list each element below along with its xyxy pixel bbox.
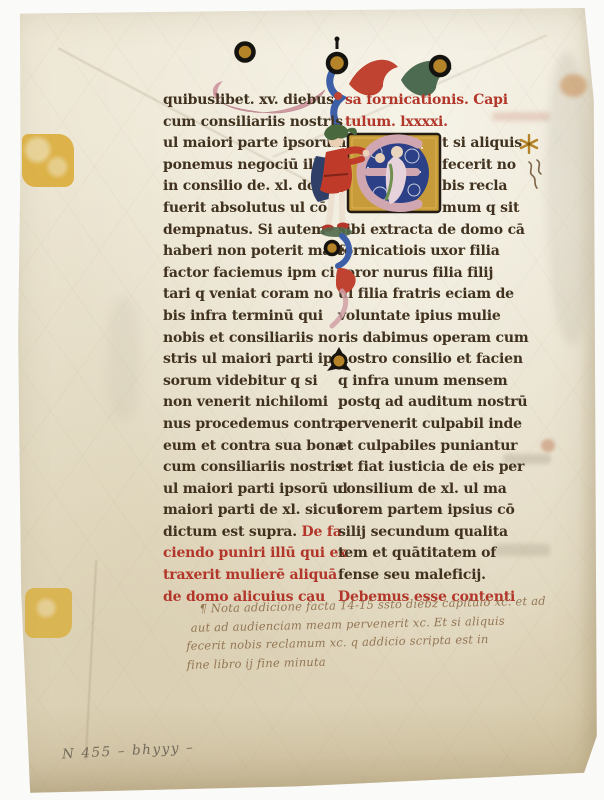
text-line: ul filia fratris eciam de [338,284,534,306]
text-line: cum consiliariis nostris [163,112,335,134]
text-line: tari q veniat coram no [163,284,335,306]
text-line: nus procedemus contra [163,414,335,436]
text-line: mum q sit [338,198,534,220]
text-line: non venerit nichilomi [163,392,335,414]
text-line: quibuslibet. xv. diebus [163,90,335,112]
text-line: fense seu maleficij. [338,565,534,587]
text-line: haberi non poterit male [163,241,335,263]
show-through-ornament [560,74,587,97]
text-line: ciendo puniri illū qui ex [163,543,335,565]
text-line: sa fornicationis. Capi [338,90,534,112]
text-line: fuerit absolutus ul cō [163,198,335,220]
text-line: sibi extracta de domo cā [338,220,534,242]
text-line: traxerit mulierē aliquā [163,565,335,587]
show-through-left [108,298,140,420]
text-line: maiori parti de xl. sicut [163,500,335,522]
show-through-dot [541,439,555,452]
text-line: factor faciemus ipm ci [163,263,335,285]
text-line: t si aliquis [338,133,534,155]
gold-bezant [328,37,346,73]
text-line: fornicatiois uxor filia [338,241,534,263]
text-line: tem et quātitatem of [338,543,534,565]
text-line: ponemus negociū illud [163,155,335,177]
text-line: tulum. lxxxxi. [338,112,534,134]
text-line: eum et contra sua bona [163,436,335,458]
text-line: pervenerit culpabil inde [338,414,534,436]
adhesive-stain-lower [25,588,72,638]
gold-bezant [431,57,449,75]
text-line: nobis et consiliariis no [163,328,335,350]
text-line: bis recla [338,176,534,198]
adhesive-stain-upper [22,134,74,187]
text-line: soror nurus filia filij [338,263,534,285]
text-line: silij secundum qualita [338,522,534,544]
text-line: q infra unum mensem [338,371,534,393]
text-line: consilium de xl. ul ma [338,479,534,501]
text-line: ul maiori parte ipsorum [163,133,335,155]
text-column-left: quibuslibet. xv. diebuscum consiliariis … [163,90,335,608]
text-line: postq ad auditum nostrū [338,392,534,414]
show-through-flourish [546,52,590,344]
pencil-inscription: N 455 – bhyyy – [62,740,195,763]
crease-line [85,560,97,760]
parchment-leaf: quibuslibet. xv. diebuscum consiliariis … [0,0,604,800]
text-line: voluntate ipius mulie [338,306,534,328]
text-line: et fiat iusticia de eis per [338,457,534,479]
text-line: in consilio de. xl. donec [163,176,335,198]
text-line: bis infra terminū qui [163,306,335,328]
text-line: ul maiori parti ipsorū ul [163,479,335,501]
right-edge-shading [578,0,604,800]
text-line: fecerit no [338,155,534,177]
text-line: ris dabimus operam cum [338,328,534,350]
text-line: cum consiliariis nostris [163,457,335,479]
text-line: sorum videbitur q si [163,371,335,393]
text-line: et culpabiles puniantur [338,436,534,458]
text-line: dempnatus. Si autem [163,220,335,242]
text-line: iorem partem ipsius cō [338,500,534,522]
text-line: stris ul maiori parti ip [163,349,335,371]
text-line: nostro consilio et facien [338,349,534,371]
marginal-annotation: ¶ Nota addicione facta 14-15 ssto diebz … [185,592,527,674]
text-column-right: sa fornicationis. Capitulum. lxxxxi.t si… [338,90,534,608]
gold-bezant [237,44,254,61]
text-line: dictum est supra. De fa [163,522,335,544]
photo-backdrop: quibuslibet. xv. diebuscum consiliariis … [0,0,604,800]
